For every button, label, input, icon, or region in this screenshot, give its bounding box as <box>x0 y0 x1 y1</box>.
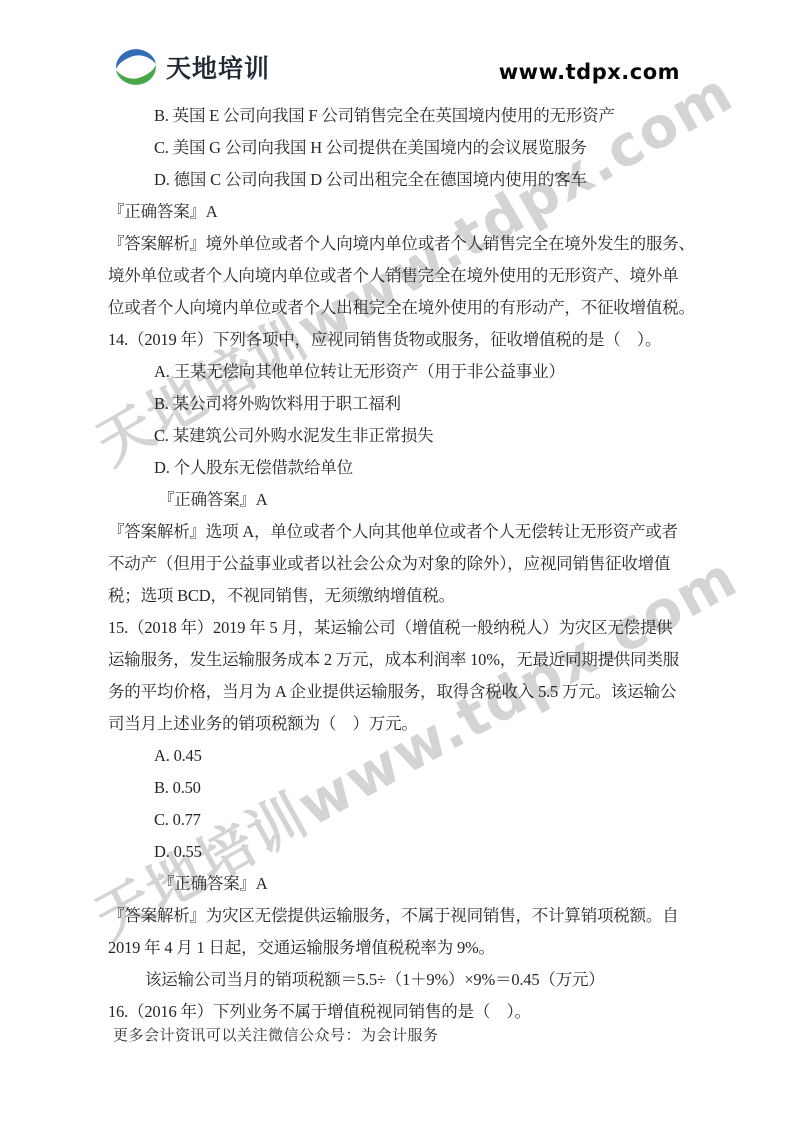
text-line: 『答案解析』选项 A，单位或者个人向其他单位或者个人无偿转让无形资产或者 <box>108 516 688 548</box>
text-line: B. 某公司将外购饮料用于职工福利 <box>108 388 688 420</box>
brand-logo: 天地培训 <box>113 46 270 88</box>
text-line: 『正确答案』A <box>108 196 688 228</box>
page-header: 天地培训 www.tdpx.com <box>113 46 680 92</box>
text-line: 税；选项 BCD，不视同销售，无须缴纳增值税。 <box>108 580 688 612</box>
site-url-text: www.tdpx.com <box>499 60 680 84</box>
footer-note: 更多会计资讯可以关注微信公众号：为会计服务 <box>113 1024 439 1045</box>
text-line: D. 个人股东无偿借款给单位 <box>108 452 688 484</box>
text-line: B. 0.50 <box>108 772 688 804</box>
text-line: C. 0.77 <box>108 804 688 836</box>
text-line: 『答案解析』境外单位或者个人向境内单位或者个人销售完全在境外发生的服务、 <box>108 228 688 260</box>
text-line: 2019 年 4 月 1 日起，交通运输服务增值税税率为 9%。 <box>108 932 688 964</box>
text-line: 该运输公司当月的销项税额＝5.5÷（1＋9%）×9%＝0.45（万元） <box>108 964 688 996</box>
text-line: 位或者个人向境内单位或者个人出租完全在境外使用的有形动产，不征收增值税。 <box>108 292 688 324</box>
document-page: 天地培训www.tdpx.com 天地培训www.tdpx.com 天地培训 w… <box>0 0 793 1122</box>
text-line: 『正确答案』A <box>108 484 688 516</box>
text-line: A. 王某无偿向其他单位转让无形资产（用于非公益事业） <box>108 356 688 388</box>
document-body: B. 英国 E 公司向我国 F 公司销售完全在英国境内使用的无形资产C. 美国 … <box>108 100 688 1028</box>
text-line: 务的平均价格，当月为 A 企业提供运输服务，取得含税收入 5.5 万元。该运输公 <box>108 676 688 708</box>
text-line: C. 某建筑公司外购水泥发生非正常损失 <box>108 420 688 452</box>
text-line: A. 0.45 <box>108 740 688 772</box>
text-line: 境外单位或者个人向境内单位或者个人销售完全在境外使用的无形资产、境外单 <box>108 260 688 292</box>
text-line: C. 美国 G 公司向我国 H 公司提供在美国境内的会议展览服务 <box>108 132 688 164</box>
text-line: 15.（2018 年）2019 年 5 月，某运输公司（增值税一般纳税人）为灾区… <box>108 612 688 644</box>
text-line: 『正确答案』A <box>108 868 688 900</box>
text-line: 司当月上述业务的销项税额为（ ）万元。 <box>108 708 688 740</box>
text-line: D. 德国 C 公司向我国 D 公司出租完全在德国境内使用的客车 <box>108 164 688 196</box>
text-line: 『答案解析』为灾区无偿提供运输服务，不属于视同销售，不计算销项税额。自 <box>108 900 688 932</box>
logo-swirl-icon <box>113 46 159 88</box>
logo-text: 天地培训 <box>166 49 270 85</box>
text-line: 不动产（但用于公益事业或者以社会公众为对象的除外），应视同销售征收增值 <box>108 548 688 580</box>
text-line: 运输服务，发生运输服务成本 2 万元，成本利润率 10%，无最近同期提供同类服 <box>108 644 688 676</box>
text-line: 14.（2019 年）下列各项中，应视同销售货物或服务，征收增值税的是（ ）。 <box>108 324 688 356</box>
text-line: B. 英国 E 公司向我国 F 公司销售完全在英国境内使用的无形资产 <box>108 100 688 132</box>
text-line: D. 0.55 <box>108 836 688 868</box>
